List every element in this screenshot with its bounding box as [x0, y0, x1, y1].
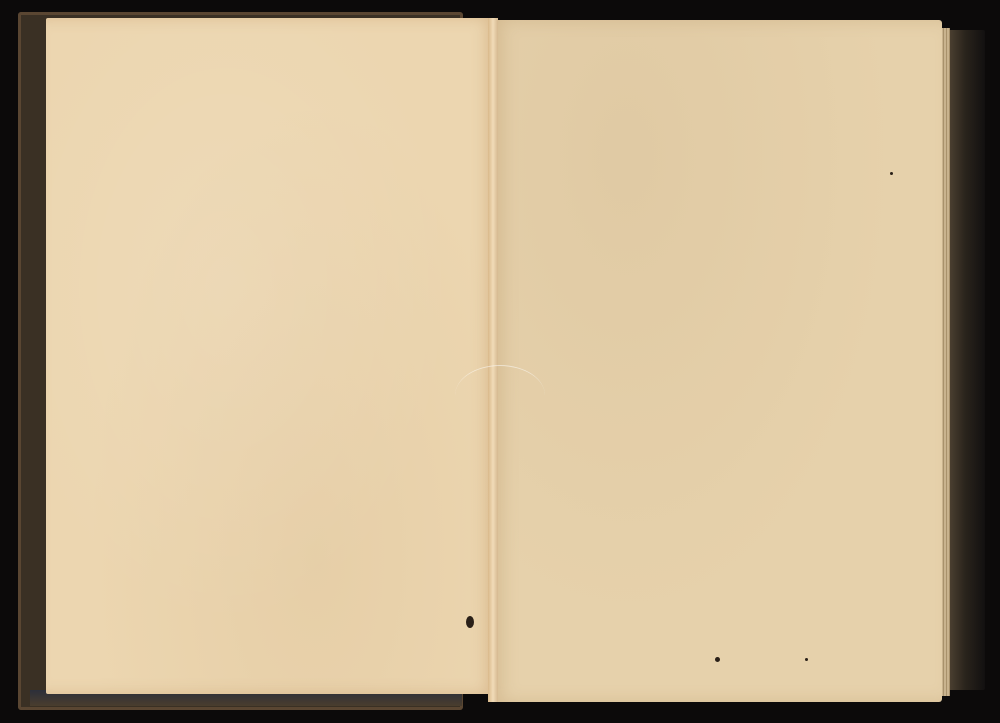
right-page — [492, 20, 942, 702]
ink-spot — [890, 172, 893, 175]
book-gutter — [488, 18, 498, 702]
left-page — [46, 18, 496, 694]
ink-spot — [466, 616, 474, 628]
page-crease — [455, 365, 545, 426]
ink-spot — [715, 657, 720, 662]
ink-spot — [805, 658, 808, 661]
